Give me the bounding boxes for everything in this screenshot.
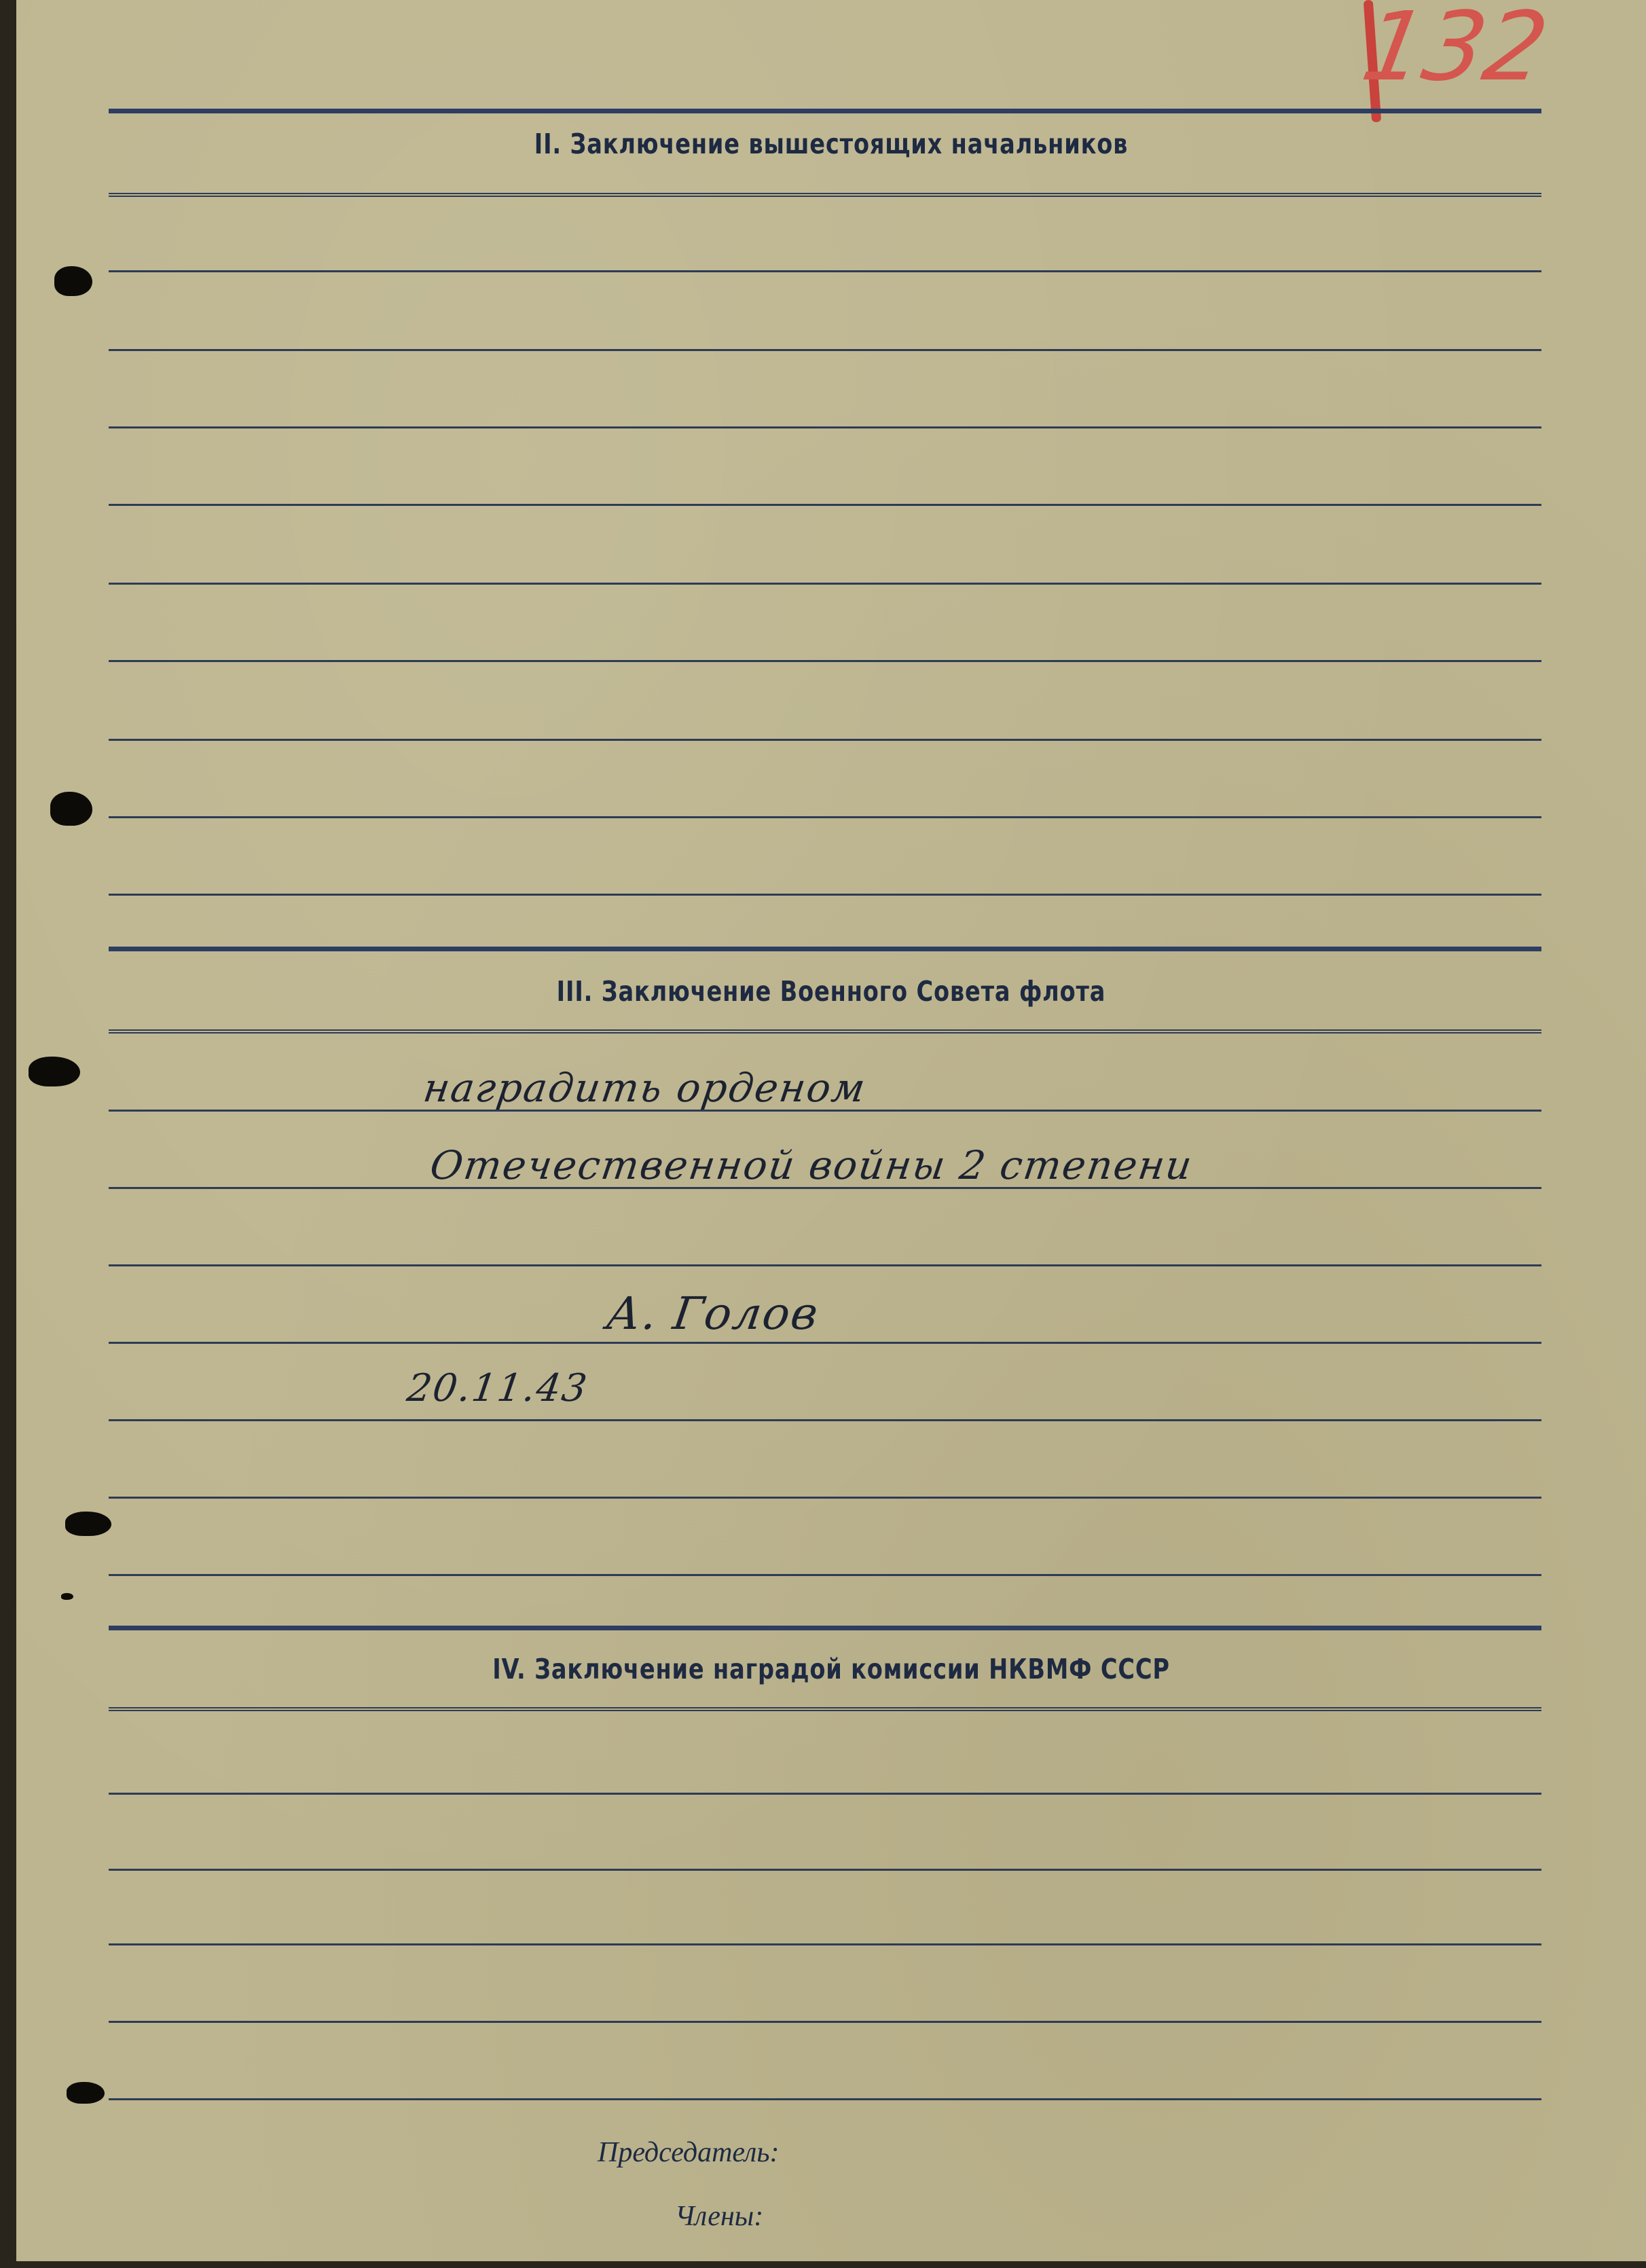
- members-label: Члены:: [675, 2200, 763, 2233]
- binding-hole: [29, 1057, 80, 1086]
- ruled-line: [109, 1869, 1541, 1871]
- handwritten-conclusion-line-1: наградить орденом: [420, 1065, 869, 1111]
- ruled-line: [109, 2021, 1541, 2023]
- ruled-line: [109, 894, 1541, 896]
- ruled-line: [109, 1264, 1541, 1266]
- ruled-line: [109, 583, 1541, 585]
- section-divider: [109, 109, 1541, 113]
- ruled-line: [109, 1187, 1541, 1189]
- section-heading-iii: III. Заключение Военного Совета флота: [163, 975, 1499, 1008]
- section-heading-iv: IV. Заключение наградой комиссии НКВМФ С…: [163, 1653, 1499, 1685]
- ruled-line: [109, 660, 1541, 662]
- binding-hole: [54, 266, 92, 296]
- ruled-line: [109, 1342, 1541, 1344]
- section-divider: [109, 193, 1541, 197]
- ruled-line: [109, 1574, 1541, 1576]
- binding-hole: [65, 1512, 111, 1536]
- section-divider: [109, 1029, 1541, 1034]
- handwritten-signature: А. Голов: [604, 1287, 822, 1340]
- section-divider: [109, 1707, 1541, 1711]
- ruled-line: [109, 816, 1541, 818]
- ruled-line: [109, 270, 1541, 272]
- section-heading-ii: II. Заключение вышестоящих начальников: [163, 128, 1499, 160]
- ruled-line: [109, 426, 1541, 428]
- document-sheet: 132 II. Заключение вышестоящих начальник…: [16, 0, 1646, 2261]
- ruled-line: [109, 2098, 1541, 2100]
- ruled-line: [109, 739, 1541, 741]
- section-divider: [109, 1626, 1541, 1630]
- ruled-line: [109, 349, 1541, 351]
- ruled-line: [109, 1110, 1541, 1112]
- binding-hole: [61, 1593, 73, 1600]
- ruled-line: [109, 1419, 1541, 1421]
- ruled-line: [109, 1497, 1541, 1499]
- handwritten-conclusion-line-2: Отечественной войны 2 степени: [427, 1142, 1196, 1188]
- binding-hole: [67, 2082, 105, 2104]
- chairman-label: Председатель:: [598, 2136, 779, 2169]
- ruled-line: [109, 1943, 1541, 1945]
- archive-page-number: 132: [1356, 0, 1554, 95]
- ruled-line: [109, 1793, 1541, 1795]
- ruled-line: [109, 504, 1541, 506]
- section-divider: [109, 947, 1541, 951]
- binding-hole: [50, 792, 92, 826]
- handwritten-date: 20.11.43: [404, 1366, 591, 1410]
